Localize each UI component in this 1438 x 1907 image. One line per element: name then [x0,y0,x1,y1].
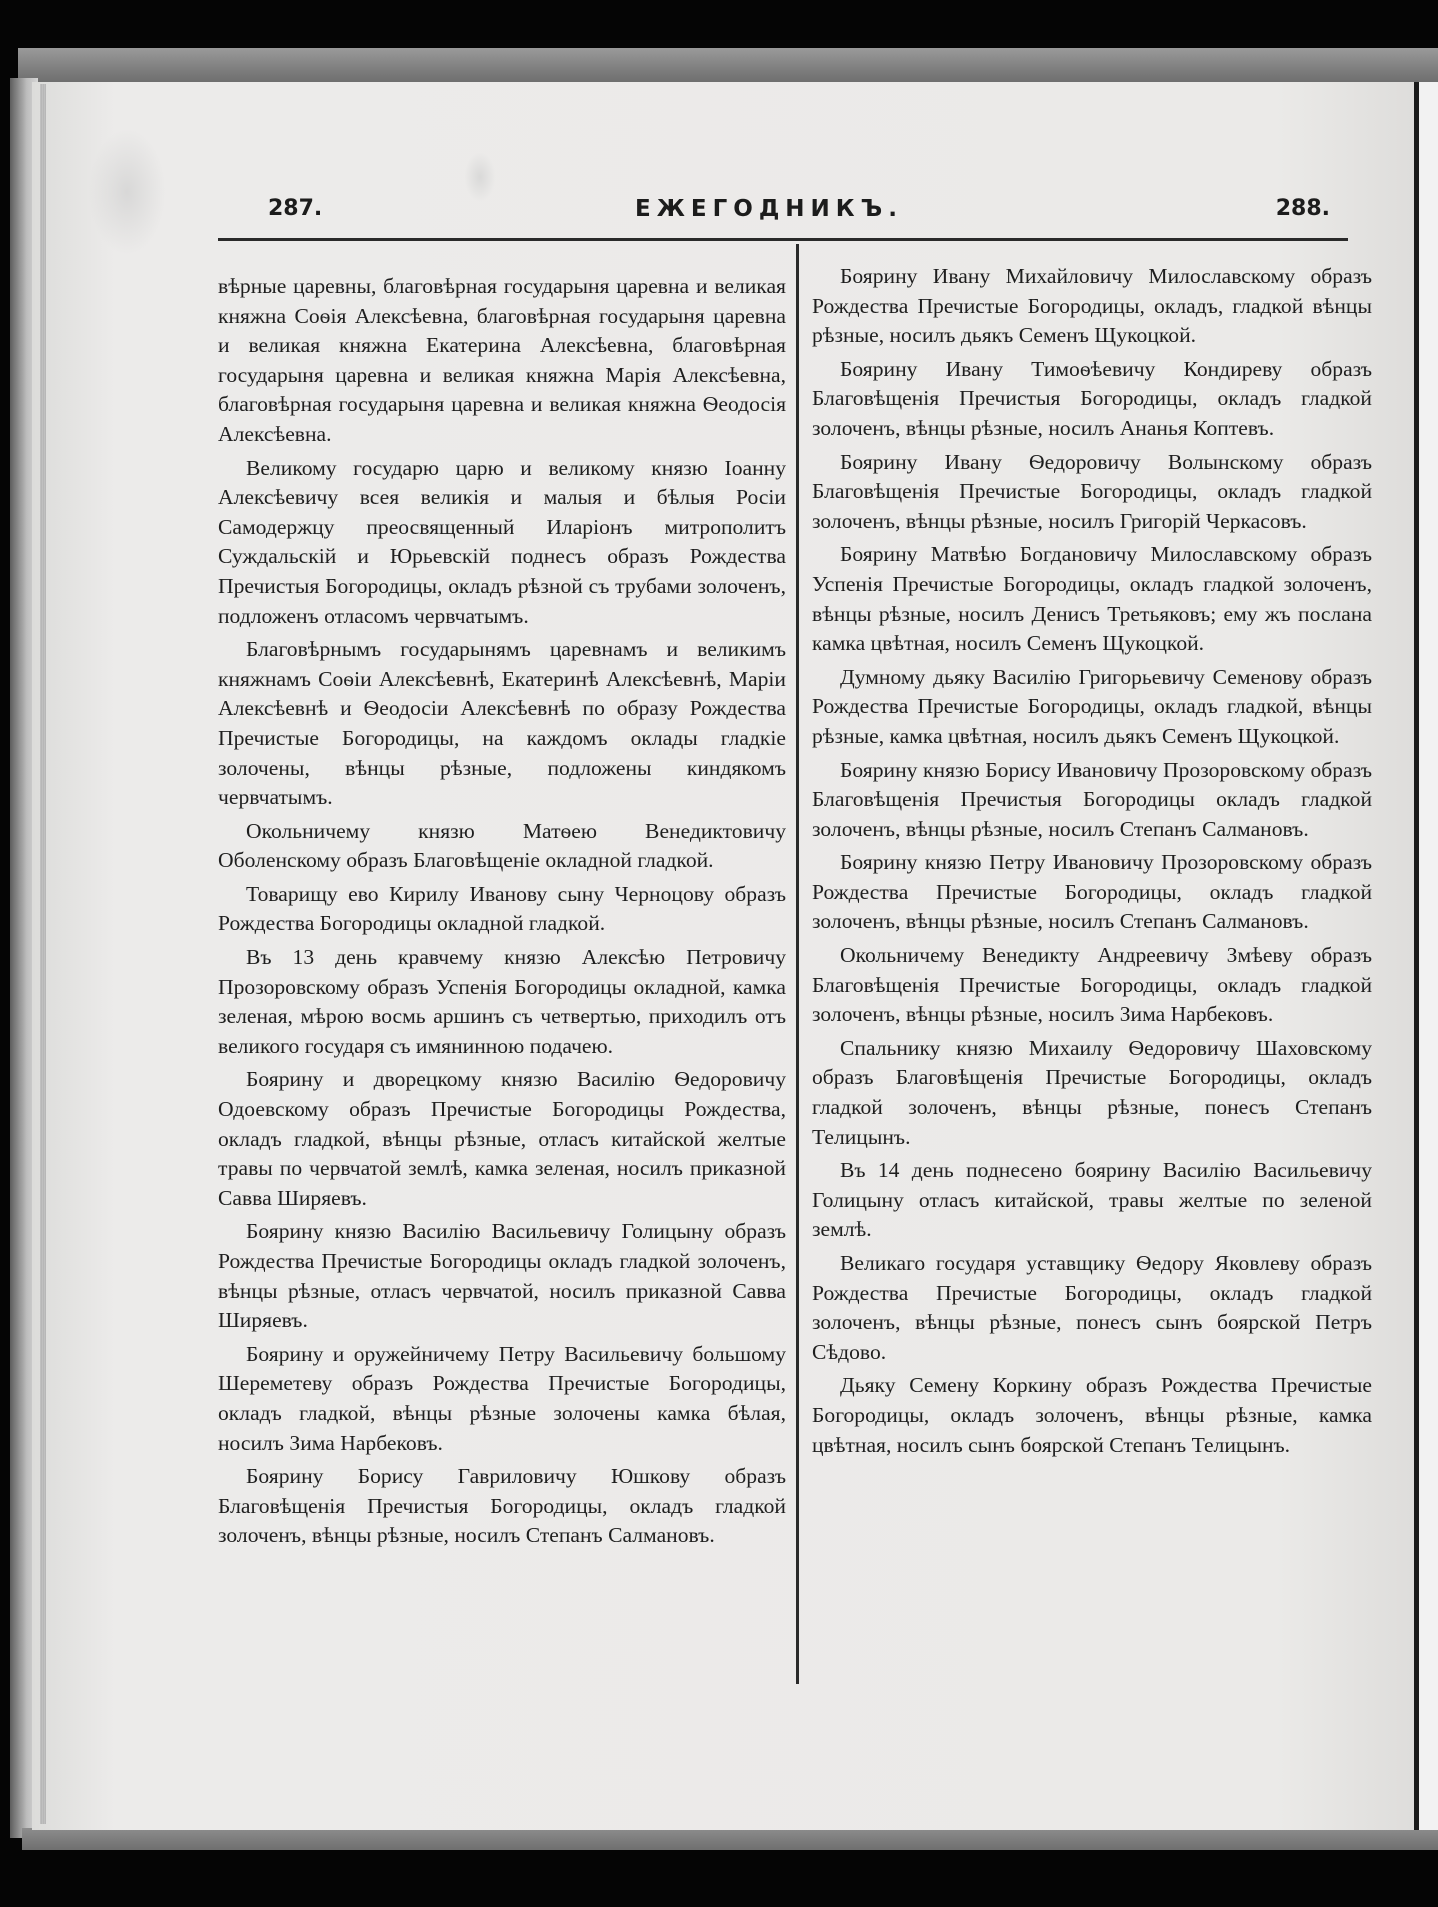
paragraph: Боярину Матвѣю Богдановичу Милославскому… [812,540,1372,658]
paragraph: Въ 13 день кравчему князю Алексѣю Петров… [218,943,786,1061]
right-column: Боярину Ивану Михайловичу Милославскому … [812,262,1372,1464]
paragraph: Боярину и оружейничему Петру Васильевичу… [218,1340,786,1458]
running-title: ЕЖЕГОДНИКЪ. [218,196,1320,222]
paragraph: Боярину князю Петру Ивановичу Прозоровск… [812,848,1372,937]
paragraph: Боярину Ивану Ѳедоровичу Волынскому обра… [812,448,1372,537]
running-head: 287. ЕЖЕГОДНИКЪ. 288. [218,196,1320,236]
paragraph: Дьяку Семену Коркину образъ Рождества Пр… [812,1371,1372,1460]
paragraph: Боярину князю Борису Ивановичу Прозоровс… [812,756,1372,845]
paragraph: Окольничему Венедикту Андреевичу Змѣеву … [812,941,1372,1030]
header-rule [218,238,1348,241]
left-column: вѣрные царевны, благовѣрная государыня ц… [218,272,786,1555]
paragraph: Боярину Ивану Михайловичу Милославскому … [812,262,1372,351]
paragraph: Боярину князю Василію Васильевичу Голицы… [218,1217,786,1335]
scanned-book-spread: 287. ЕЖЕГОДНИКЪ. 288. вѣрные царевны, бл… [0,0,1438,1907]
paragraph: Думному дьяку Василію Григорьевичу Семен… [812,663,1372,752]
paragraph: Боярину и дворецкому князю Василію Ѳедор… [218,1065,786,1213]
paragraph: Окольничему князю Матѳею Венедиктовичу О… [218,817,786,876]
paragraph: вѣрные царевны, благовѣрная государыня ц… [218,272,786,450]
paragraph: Благовѣрнымъ государынямъ царевнамъ и ве… [218,635,786,813]
page-stack-edge [40,84,46,1824]
paragraph: Великому государю царю и великому князю … [218,454,786,632]
book-bottom-edge [22,1828,1438,1850]
paragraph: Боярину Ивану Тимоѳѣевичу Кондиреву обра… [812,355,1372,444]
right-page-number: 288. [1276,196,1330,221]
paragraph: Спальнику князю Михаилу Ѳедоровичу Шахов… [812,1034,1372,1152]
paragraph: Великаго государя уставщику Ѳедору Яковл… [812,1249,1372,1367]
paragraph: Боярину Борису Гавриловичу Юшкову образъ… [218,1462,786,1551]
column-divider [796,244,799,1684]
adjacent-page-edge [1418,82,1438,1830]
paragraph: Товарищу ево Кирилу Иванову сыну Черноцо… [218,880,786,939]
paragraph: Въ 14 день поднесено боярину Василію Вас… [812,1156,1372,1245]
